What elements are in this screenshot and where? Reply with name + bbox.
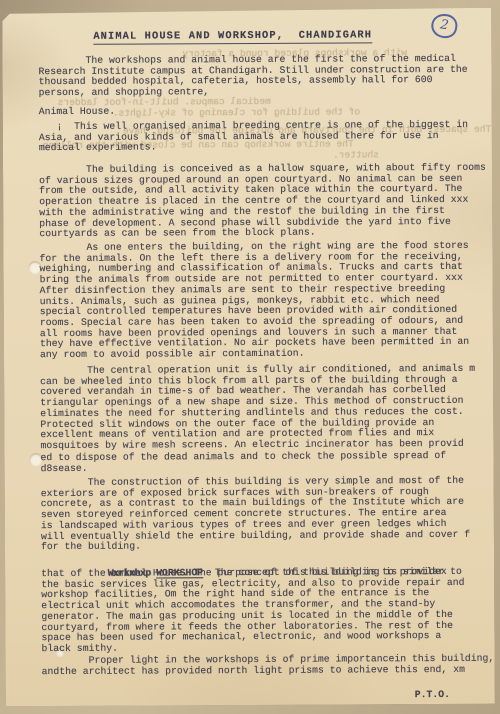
please-turn-over: P.T.O. — [415, 690, 450, 701]
section-heading-animal-house: Animal House. — [39, 107, 115, 118]
paragraph-intro: The workshops and animal house are the f… — [38, 54, 467, 99]
page-number-badge: 2 — [430, 12, 459, 40]
bleedthrough-text: of the building for cleaning of sky-ligh… — [113, 107, 361, 119]
paragraph-breeding-centre: ¡ This well organised animal breeding ce… — [39, 120, 468, 154]
page-title: ANIMAL HOUSE AND WORKSHOP, CHANDIGARH — [93, 29, 372, 44]
paragraph-central-operation-unit-continued: ed to dispose of the dead animals and to… — [41, 451, 447, 475]
paragraph-lighting: Proper light in the workshops is of prim… — [42, 654, 495, 678]
paper-sheet: with a workshops placed round a factory … — [2, 8, 495, 707]
paragraph-construction: The construction of this building is ver… — [41, 476, 471, 553]
scanned-typewritten-page: { "page": { "number_badge": "2", "title"… — [0, 0, 500, 714]
paragraph-entry-and-rooms: As one enters the building, on the right… — [39, 241, 469, 361]
paragraph-workshop: that of the animal House. The purpose of… — [41, 567, 465, 655]
paragraph-building-concept: The building is conceived as a hallow sq… — [39, 163, 486, 240]
paragraph-central-operation-unit: The central operation unit is fully air … — [40, 364, 476, 452]
